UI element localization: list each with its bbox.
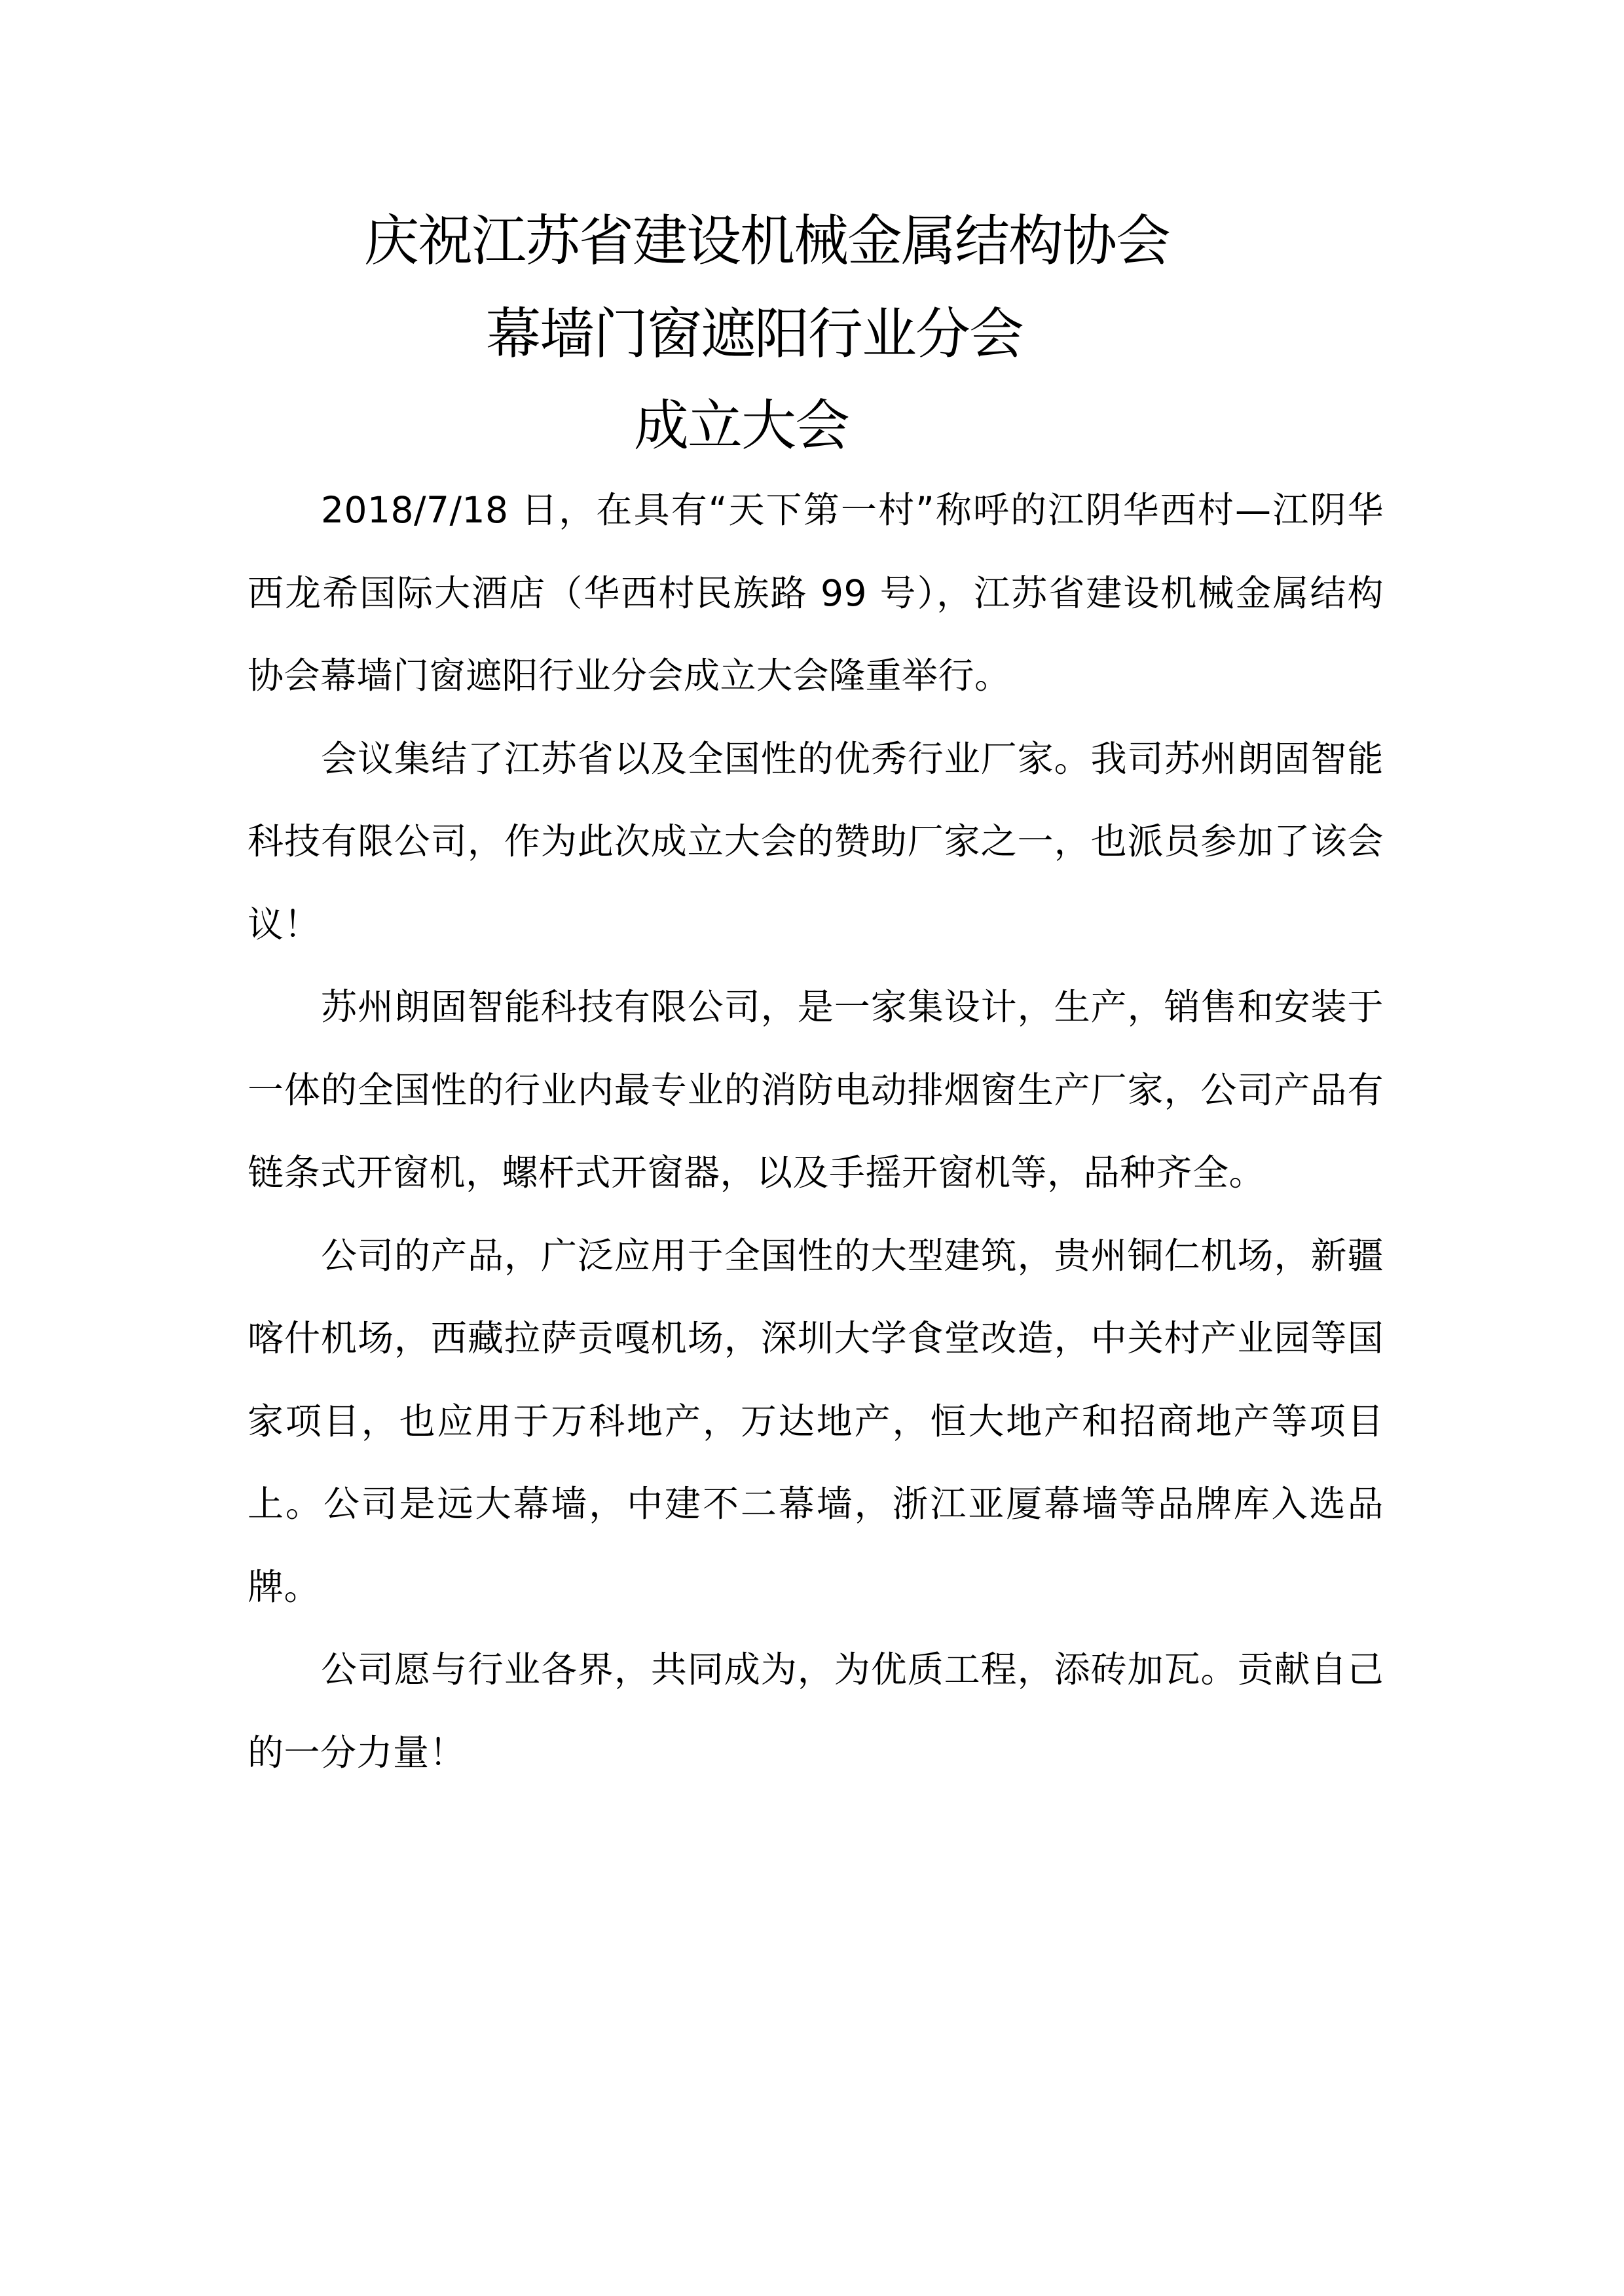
paragraph-line: 会议集结了江苏省以及全国性的优秀行业厂家。我司苏州朗固智 [321,738,1347,780]
paragraph-closing: 公司愿与行业各界，共同成为，为优质工程，添砖加瓦。贡献自己的一分力量！ [248,1628,1384,1794]
document-title-line-2: 幕墙门窗遮阳行业分会 [486,301,1023,367]
paragraph-line: 苏州朗固智能科技有限公司，是一家集设计，生产，销售和安装 [321,986,1347,1028]
paragraph-projects: 公司的产品，广泛应用于全国性的大型建筑，贵州铜仁机场，新疆喀什机场，西藏拉萨贡嘎… [248,1214,1384,1629]
document-title-line-1: 庆祝江苏省建设机械金属结构协会 [364,208,1170,274]
document-title-line-3: 成立大会 [634,393,849,458]
paragraph-line: 2018/7/18 日，在具有“天下第一村”称呼的江阴华西村—江阴 [321,489,1347,531]
paragraph-line: 公司的产品，广泛应用于全国性的大型建筑，贵州铜仁机场，新 [321,1235,1347,1277]
paragraph-event-announcement: 2018/7/18 日，在具有“天下第一村”称呼的江阴华西村—江阴华西龙希国际大… [248,469,1384,718]
paragraph-line: 公司愿与行业各界，共同成为，为优质工程，添砖加瓦。贡献自 [321,1649,1347,1690]
document-page: 庆祝江苏省建设机械金属结构协会 幕墙门窗遮阳行业分会 成立大会 2018/7/1… [0,0,1624,2296]
paragraph-company-intro: 苏州朗固智能科技有限公司，是一家集设计，生产，销售和安装于一体的全国性的行业内最… [248,966,1384,1214]
paragraph-sponsor: 会议集结了江苏省以及全国性的优秀行业厂家。我司苏州朗固智能科技有限公司，作为此次… [248,718,1384,966]
document-body: 2018/7/18 日，在具有“天下第一村”称呼的江阴华西村—江阴华西龙希国际大… [248,469,1384,1794]
